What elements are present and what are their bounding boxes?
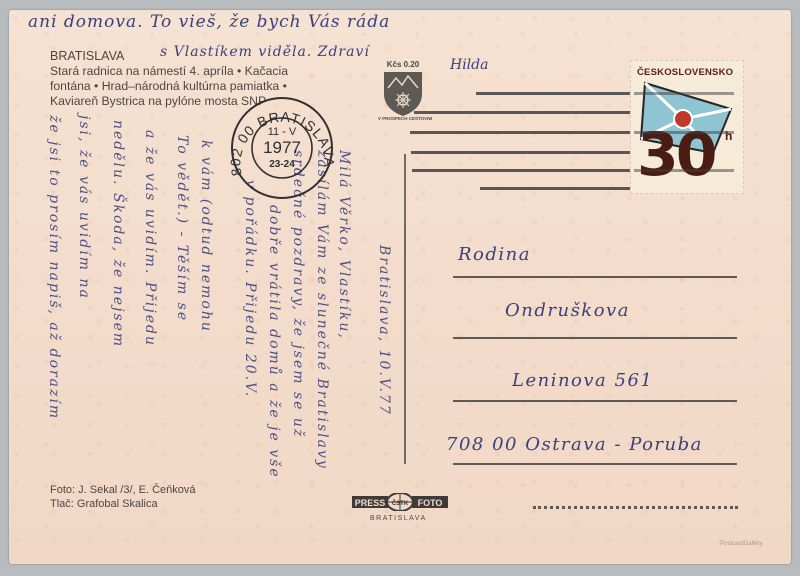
caption-title: BRATISLAVA xyxy=(50,49,288,64)
print-credit: Tlač: Grafobal Skalica xyxy=(50,497,196,511)
charity-price: Kčs 0.20 xyxy=(387,60,420,69)
cancellation-line xyxy=(634,169,734,172)
postage-stamp: ČESKOSLOVENSKO 30 h xyxy=(630,60,744,194)
message-address-divider xyxy=(404,154,406,464)
address-rule xyxy=(453,463,737,465)
cancellation-line xyxy=(480,187,634,190)
message-column: Milá Věrko, Vlastíku, xyxy=(336,150,352,340)
dotted-rule xyxy=(533,506,738,509)
printed-credits: Foto: J. Sekal /3/, E. Čeňková Tlač: Gra… xyxy=(50,483,196,511)
svg-text:PRESS: PRESS xyxy=(355,498,386,508)
handwritten-place-date: Bratislava, 10.V.77 xyxy=(376,245,392,416)
message-column: k vám (odtud nemohu xyxy=(198,140,214,333)
photo-credit: Foto: J. Sekal /3/, E. Čeňková xyxy=(50,483,196,497)
message-column: že jsi to prosím napiš, až dorazím xyxy=(46,115,62,420)
message-column: dobře vrátila domů a že je vše xyxy=(266,205,282,479)
address-line-1: Rodina xyxy=(458,244,531,265)
address-line-3: Leninova 561 xyxy=(512,370,653,391)
postmark-date: 11 - V xyxy=(268,126,297,138)
stamp-value: 30 xyxy=(637,125,715,185)
svg-text:FOTO: FOTO xyxy=(418,498,443,508)
postmark: 802 00 BRATISLAVA 2 11 - V 1977 23-24 xyxy=(226,95,338,201)
address-rule xyxy=(453,276,737,278)
svg-text:ČSTK: ČSTK xyxy=(392,500,409,507)
postmark-year: 1977 xyxy=(263,138,301,157)
cancellation-line xyxy=(634,131,734,134)
cancellation-line xyxy=(411,151,634,154)
message-column: jsi, že vás uvidím na xyxy=(76,115,92,300)
postmark-time: 23-24 xyxy=(269,159,295,170)
message-column: v pořádku. Přijedu 20.V. xyxy=(242,180,258,398)
cancellation-line xyxy=(410,131,634,134)
message-column: nedělu. Škoda, že nejsem xyxy=(110,120,126,348)
cancellation-line xyxy=(476,92,634,95)
pressfoto-logo: PRESS FOTO ČSTK xyxy=(352,493,448,511)
handwritten-top-line: ani domova. To vieš, že bych Vás ráda xyxy=(28,12,390,32)
address-line-4: 708 00 Ostrava - Poruba xyxy=(446,434,703,455)
charity-text: V PROSPECH CESTOVNÉHO RUCHU xyxy=(378,114,432,121)
address-rule xyxy=(453,337,737,339)
watermark: PostcardGallery xyxy=(720,541,763,547)
cancellation-line xyxy=(634,92,734,95)
cancellation-line xyxy=(414,111,634,114)
address-line-2: Ondruškova xyxy=(505,300,630,321)
caption-line: Stará radnica na námestí 4. apríla • Kač… xyxy=(50,64,288,79)
publisher-city: BRATISLAVA xyxy=(370,515,427,522)
cancellation-line xyxy=(412,169,634,172)
caption-line: fontána • Hrad–národná kultúrna pamiatka… xyxy=(50,79,288,94)
message-column: a že vás uvidím. Přijedu xyxy=(142,130,158,347)
stamp-country: ČESKOSLOVENSKO xyxy=(637,67,733,78)
address-rule xyxy=(453,400,737,402)
handwritten-signature: Hilda xyxy=(450,57,488,73)
message-column: To vědět.) - Těším se xyxy=(174,135,190,322)
